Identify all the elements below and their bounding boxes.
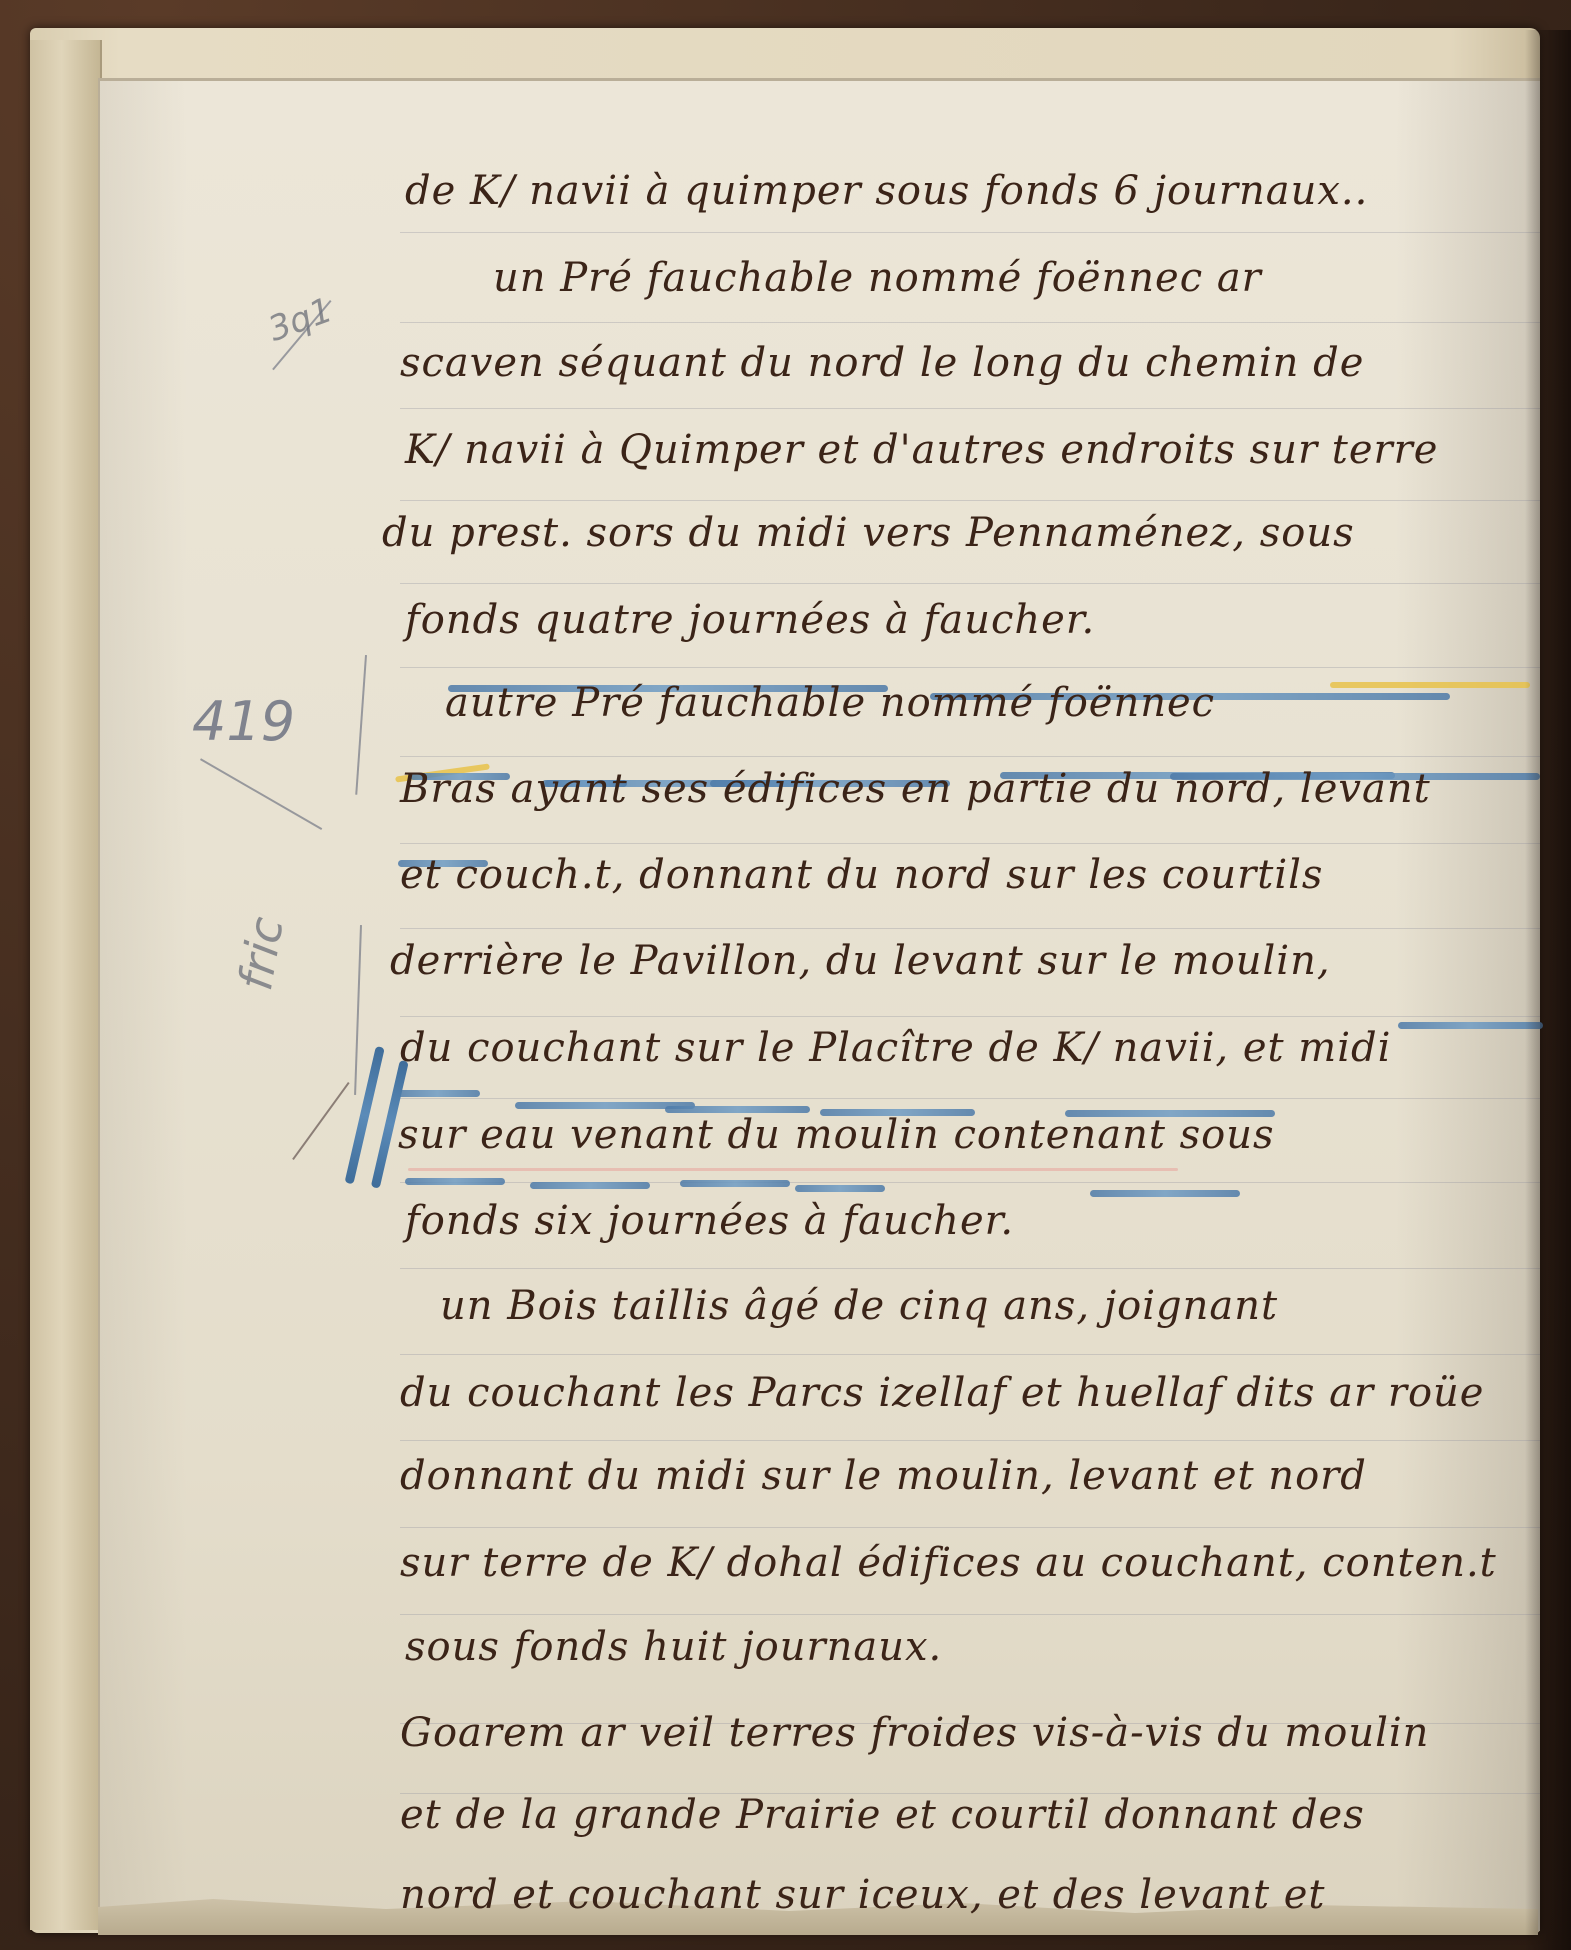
ruled-line [400,322,1540,323]
ruled-line [400,928,1540,929]
text-line-2: un Pré fauchable nommé foënnec ar [493,255,1262,301]
ruled-line [400,843,1540,844]
blue-underline [405,1178,505,1185]
ruled-line [400,1098,1540,1099]
ruled-line [400,1268,1540,1269]
ruled-line [400,756,1540,757]
text-line-19: Goarem ar veil terres froides vis-à-vis … [400,1710,1429,1756]
text-line-14: un Bois taillis âgé de cinq ans, joignan… [440,1283,1278,1329]
text-line-3: scaven séquant du nord le long du chemin… [400,340,1364,386]
ruled-line [400,1614,1540,1615]
text-line-13: fonds six journées à faucher. [405,1198,1014,1244]
blue-underline [1090,1190,1240,1197]
text-line-12: sur eau venant du moulin contenant sous [398,1112,1275,1158]
text-line-8: Bras ayant ses édifices en partie du nor… [400,766,1431,812]
blue-underline [1398,1022,1543,1029]
text-line-9: et couch.t, donnant du nord sur les cour… [400,852,1323,898]
text-line-21: nord et couchant sur iceux, et des levan… [400,1872,1325,1918]
text-line-10: derrière le Pavillon, du levant sur le m… [390,938,1331,984]
ruled-line [400,583,1540,584]
binding-fold [30,40,102,1930]
text-line-20: et de la grande Prairie et courtil donna… [400,1792,1365,1838]
ruled-line [400,500,1540,501]
text-line-1: de K/ navii à quimper sous fonds 6 journ… [405,168,1368,214]
text-line-17: sur terre de K/ dohal édifices au coucha… [400,1540,1497,1586]
text-line-15: du couchant les Parcs izellaf et huellaf… [400,1370,1484,1416]
ruled-line [400,408,1540,409]
margin-note-middle: 419 [192,690,295,753]
right-edge-shadow [1525,30,1571,1950]
text-line-18: sous fonds huit journaux. [405,1624,942,1670]
pink-underline [408,1168,1178,1171]
blue-underline [795,1185,885,1192]
text-line-16: donnant du midi sur le moulin, levant et… [400,1453,1367,1499]
ruled-line [400,232,1540,233]
blue-underline [395,1090,480,1097]
ruled-line [400,1527,1540,1528]
text-line-11: du couchant sur le Placître de K/ navii,… [400,1025,1391,1071]
ruled-line [400,1016,1540,1017]
blue-underline [530,1182,650,1189]
ruled-line [400,1354,1540,1355]
text-line-4: K/ navii à Quimper et d'autres endroits … [405,427,1438,473]
yellow-underline [1330,682,1530,688]
blue-underline [680,1180,790,1187]
ruled-line [400,667,1540,668]
text-line-7: autre Pré fauchable nommé foënnec [445,680,1215,726]
text-line-5: du prest. sors du midi vers Pennaménez, … [382,510,1355,556]
ruled-line [400,1440,1540,1441]
text-line-6: fonds quatre journées à faucher. [405,597,1095,643]
